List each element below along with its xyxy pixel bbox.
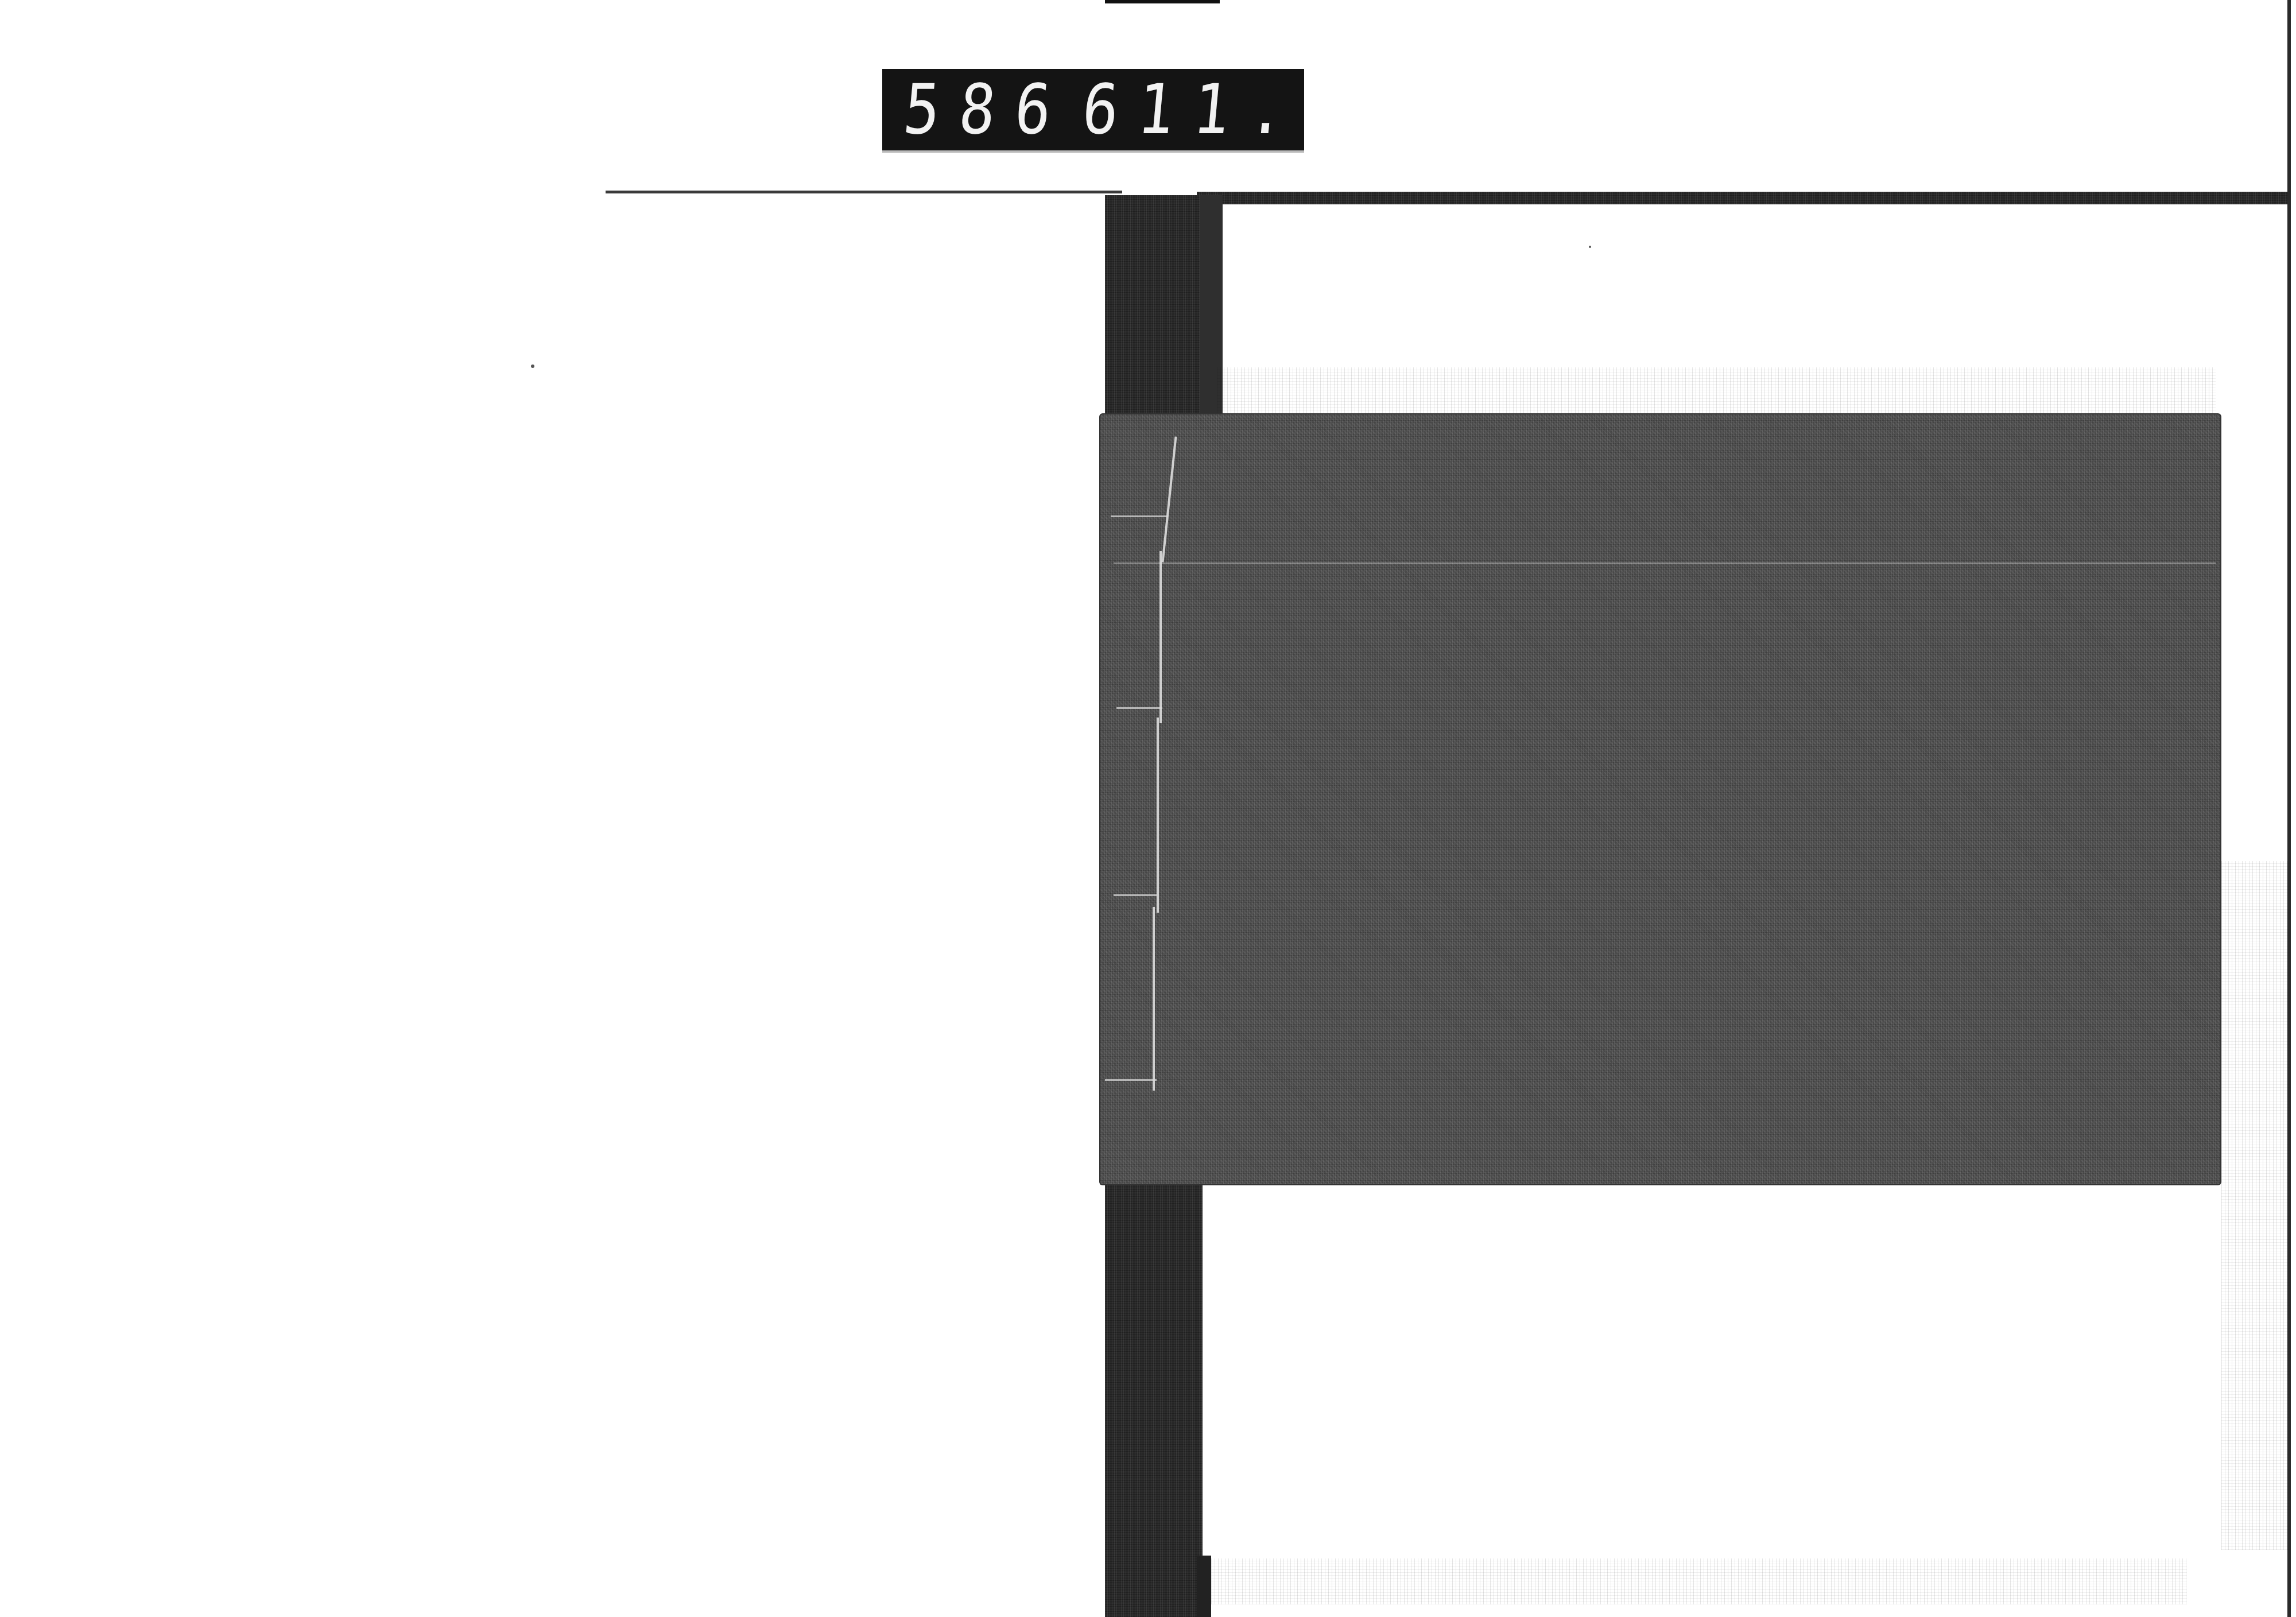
scan-speck: [1589, 246, 1591, 248]
cover-shadow-right: [2221, 861, 2290, 1550]
reel-number: 586: [901, 69, 1075, 150]
binding-thread: [1159, 551, 1162, 723]
film-edge-line: [606, 191, 1122, 193]
film-edge-band: [1197, 192, 2287, 204]
scan-speck: [531, 364, 534, 368]
frame-number-label: 586 611.: [882, 69, 1304, 153]
binding-stitch: [1105, 1079, 1157, 1081]
frame-number: 611.: [1079, 69, 1308, 150]
cover-crease: [1114, 563, 2216, 564]
binding-stitch: [1111, 515, 1168, 517]
film-top-tab: [1105, 0, 1220, 3]
book-cover: [1099, 413, 2221, 1185]
binding-thread: [1153, 907, 1155, 1091]
binding-thread: [1157, 718, 1159, 913]
scanned-page: 586 611.: [0, 0, 2296, 1617]
binding-stitch: [1114, 894, 1157, 896]
page-shadow-bottom: [1211, 1558, 2187, 1604]
spine-bottom-edge: [1197, 1556, 1211, 1617]
binding-stitch: [1116, 707, 1162, 709]
cover-shadow-top: [1217, 367, 2216, 416]
